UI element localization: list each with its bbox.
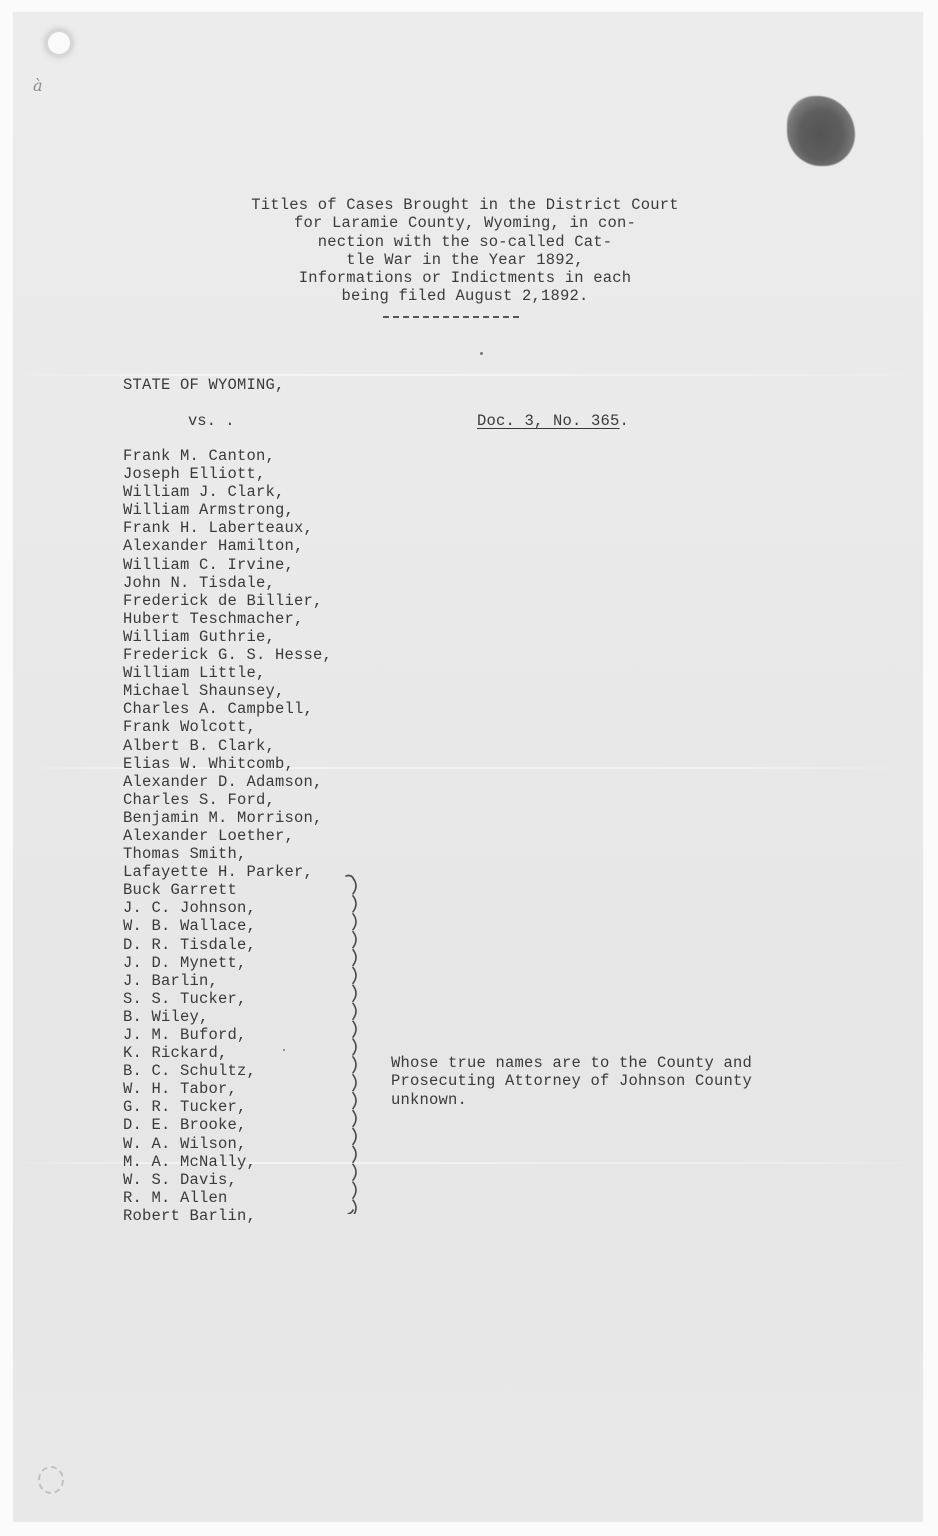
case-plaintiff: STATE OF WYOMING,: [123, 376, 285, 394]
note-line: Whose true names are to the County and: [391, 1054, 821, 1072]
defendant-name: Alexander Hamilton,: [123, 537, 332, 555]
defendant-name: Joseph Elliott,: [123, 465, 332, 483]
defendant-name: William Guthrie,: [123, 628, 332, 646]
defendant-name-unknown: D. E. Brooke,: [123, 1116, 332, 1134]
defendant-name-unknown: J. M. Buford,: [123, 1026, 332, 1044]
defendant-name: William Little,: [123, 664, 332, 682]
pencil-annotation: à: [33, 76, 43, 95]
punch-hole-icon: [48, 32, 70, 54]
defendant-name: Alexander Loether,: [123, 827, 332, 845]
defendant-name-unknown: D. R. Tisdale,: [123, 936, 332, 954]
defendant-name-unknown: R. M. Allen: [123, 1189, 332, 1207]
defendant-name: William C. Irvine,: [123, 556, 332, 574]
defendant-name-unknown: B. Wiley,: [123, 1008, 332, 1026]
case-versus: vs. .: [188, 412, 235, 430]
defendant-name: Lafayette H. Parker,: [123, 863, 332, 881]
title-line: for Laramie County, Wyoming, in con-: [200, 214, 730, 232]
defendant-name: Michael Shaunsey,: [123, 682, 332, 700]
defendant-name-unknown: W. A. Wilson,: [123, 1135, 332, 1153]
defendant-name-unknown: Buck Garrett: [123, 881, 332, 899]
defendant-name: Alexander D. Adamson,: [123, 773, 332, 791]
ring-stain-mark: [38, 1466, 64, 1494]
defendant-name: Hubert Teschmacher,: [123, 610, 332, 628]
docket-number-underlined: Doc. 3, No. 365: [477, 412, 620, 430]
document-title: Titles of Cases Brought in the District …: [200, 196, 730, 306]
stray-ink-dot: [480, 352, 483, 355]
defendant-name-unknown: S. S. Tucker,: [123, 990, 332, 1008]
note-line: Prosecuting Attorney of Johnson County: [391, 1072, 821, 1090]
title-divider: [383, 316, 519, 318]
defendant-name: Charles S. Ford,: [123, 791, 332, 809]
defendant-name: Frank M. Canton,: [123, 447, 332, 465]
defendant-name: Frederick de Billier,: [123, 592, 332, 610]
defendant-name-unknown: M. A. McNally,: [123, 1153, 332, 1171]
defendant-name-unknown: G. R. Tucker,: [123, 1098, 332, 1116]
title-line: tle War in the Year 1892,: [200, 251, 730, 269]
title-line: Informations or Indictments in each: [200, 269, 730, 287]
title-line: nection with the so-called Cat-: [200, 233, 730, 251]
defendant-list: Frank M. Canton,Joseph Elliott,William J…: [123, 447, 332, 1225]
right-brace-icon: [340, 874, 370, 1214]
defendant-name: William J. Clark,: [123, 483, 332, 501]
title-line: Titles of Cases Brought in the District …: [200, 196, 730, 214]
defendant-name-unknown: W. B. Wallace,: [123, 917, 332, 935]
defendant-name: Frederick G. S. Hesse,: [123, 646, 332, 664]
defendant-name: Thomas Smith,: [123, 845, 332, 863]
defendant-name-unknown: K. Rickard,: [123, 1044, 332, 1062]
defendant-name-unknown: J. Barlin,: [123, 972, 332, 990]
defendant-name: Albert B. Clark,: [123, 737, 332, 755]
defendant-name-unknown: W. H. Tabor,: [123, 1080, 332, 1098]
note-line: unknown.: [391, 1091, 821, 1109]
defendant-name: Frank H. Laberteaux,: [123, 519, 332, 537]
defendant-name-unknown: Robert Barlin,: [123, 1207, 332, 1225]
unknown-names-note: Whose true names are to the County andPr…: [391, 1054, 821, 1109]
defendant-name-unknown: J. C. Johnson,: [123, 899, 332, 917]
defendant-name-unknown: J. D. Mynett,: [123, 954, 332, 972]
defendant-name: Benjamin M. Morrison,: [123, 809, 332, 827]
defendant-name: Frank Wolcott,: [123, 718, 332, 736]
defendant-name: Elias W. Whitcomb,: [123, 755, 332, 773]
stray-ink-dot: [283, 1049, 285, 1051]
title-line: being filed August 2,1892.: [200, 287, 730, 305]
defendant-name: Charles A. Campbell,: [123, 700, 332, 718]
defendant-name-unknown: W. S. Davis,: [123, 1171, 332, 1189]
defendant-name-unknown: B. C. Schultz,: [123, 1062, 332, 1080]
docket-number-period: .: [620, 412, 630, 430]
defendant-name: John N. Tisdale,: [123, 574, 332, 592]
defendant-name: William Armstrong,: [123, 501, 332, 519]
docket-number: Doc. 3, No. 365.: [477, 412, 629, 430]
